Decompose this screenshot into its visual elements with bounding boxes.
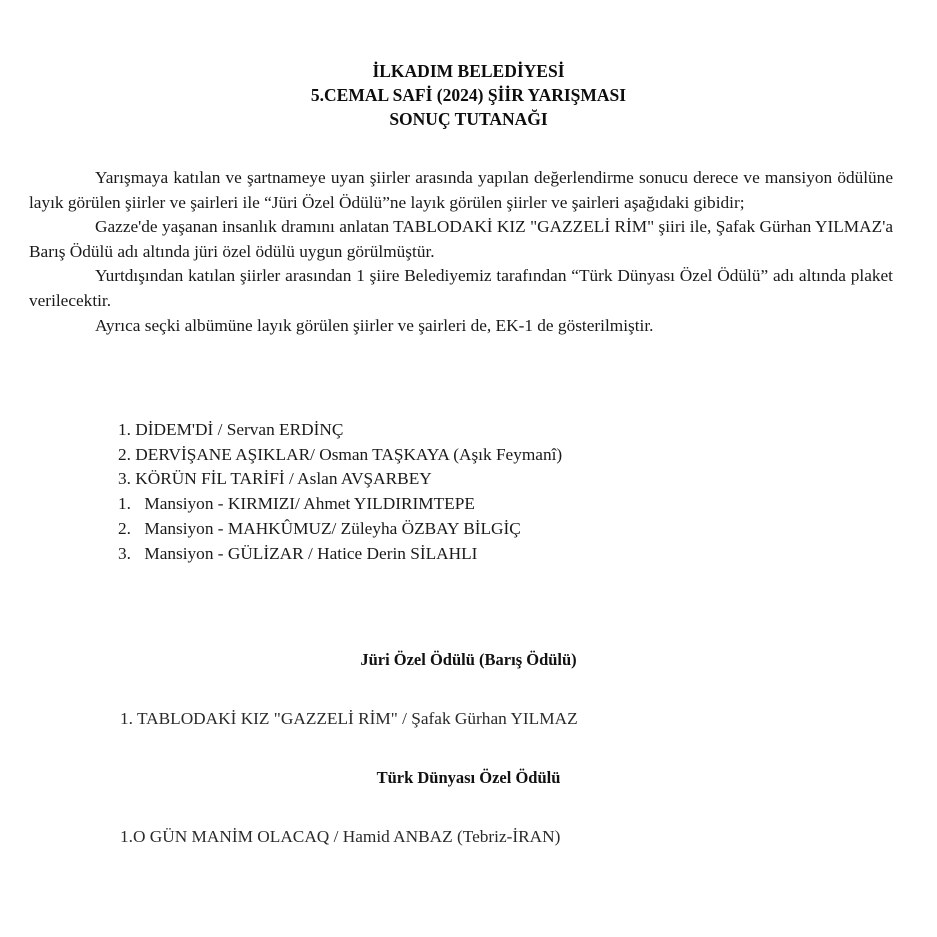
paragraph-anthology: Ayrıca seçki albümüne layık görülen şiir… [29,314,893,339]
document-page: İLKADIM BELEDİYESİ 5.CEMAL SAFİ (2024) Ş… [0,0,937,937]
title-competition: 5.CEMAL SAFİ (2024) ŞİİR YARIŞMASI [0,83,937,107]
result-item-second-place: 2. DERVİŞANE AŞIKLAR/ Osman TAŞKAYA (Aşı… [118,443,562,468]
result-item-first-place: 1. DİDEM'Dİ / Servan ERDİNÇ [118,418,562,443]
result-item-third-place: 3. KÖRÜN FİL TARİFİ / Aslan AVŞARBEY [118,467,562,492]
document-title: İLKADIM BELEDİYESİ 5.CEMAL SAFİ (2024) Ş… [0,59,937,131]
paragraph-turkic-world-award: Yurtdışından katılan şiirler arasından 1… [29,264,893,313]
results-list: 1. DİDEM'Dİ / Servan ERDİNÇ 2. DERVİŞANE… [118,418,562,566]
title-report: SONUÇ TUTANAĞI [0,107,937,131]
paragraph-gaza-award: Gazze'de yaşanan insanlık dramını anlata… [29,215,893,264]
turkic-world-award-entry: 1.O GÜN MANİM OLACAQ / Hamid ANBAZ (Tebr… [120,826,560,848]
juri-award-heading: Jüri Özel Ödülü (Barış Ödülü) [0,649,937,671]
paragraph-evaluation: Yarışmaya katılan ve şartnameye uyan şii… [29,166,893,215]
turkic-world-award-heading: Türk Dünyası Özel Ödülü [0,767,937,789]
result-item-mention-1: 1. Mansiyon - KIRMIZI/ Ahmet YILDIRIMTEP… [118,492,562,517]
result-item-mention-3: 3. Mansiyon - GÜLİZAR / Hatice Derin SİL… [118,542,562,567]
juri-award-entry: 1. TABLODAKİ KIZ "GAZZELİ RİM" / Şafak G… [120,708,578,730]
intro-text: Yarışmaya katılan ve şartnameye uyan şii… [29,166,893,338]
title-municipality: İLKADIM BELEDİYESİ [0,59,937,83]
result-item-mention-2: 2. Mansiyon - MAHKÛMUZ/ Züleyha ÖZBAY Bİ… [118,517,562,542]
